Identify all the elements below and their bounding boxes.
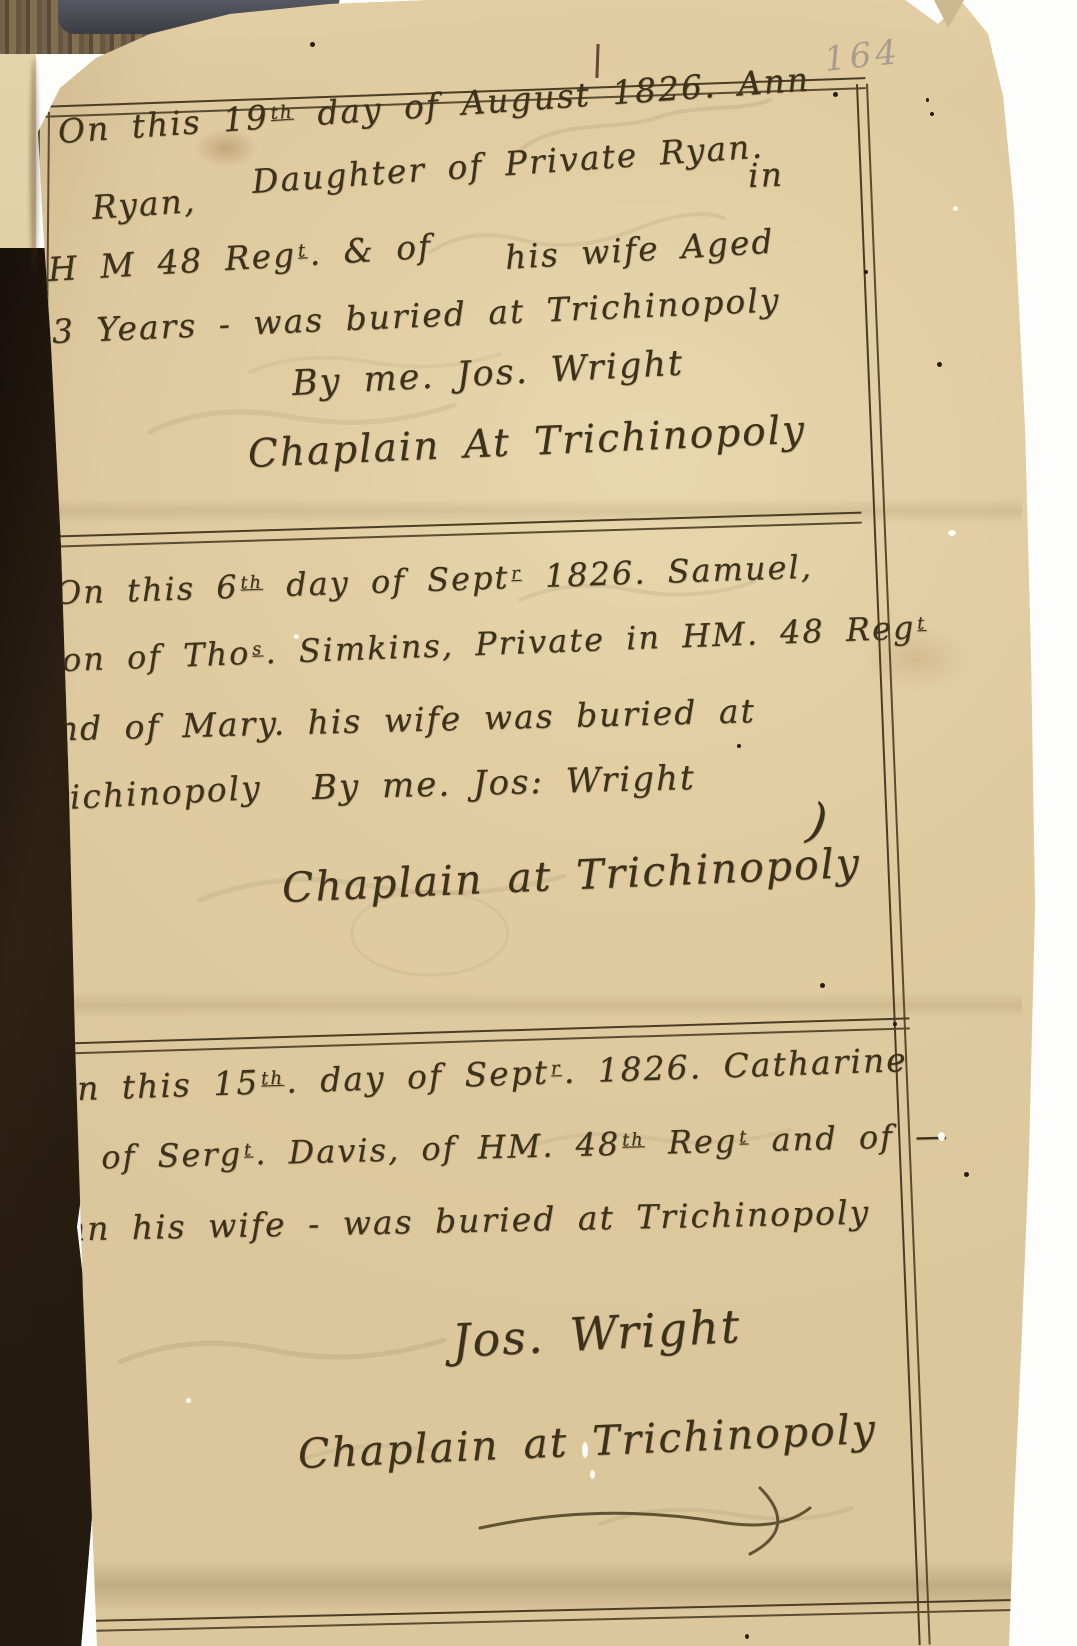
- handwriting-text: of Serg: [80, 1135, 243, 1177]
- ink-speck: [930, 112, 934, 116]
- entry3-chaplain-line: Chaplain at Trichinopoly: [297, 1405, 878, 1478]
- ink-speck: [864, 270, 868, 274]
- handwriting-text: 3 Years - was buried at Trichinopoly: [51, 280, 781, 351]
- page-crease: [45, 992, 1022, 1018]
- handwriting-text: day of Sept: [264, 558, 510, 605]
- page-number: 164: [822, 32, 903, 80]
- handwriting-text: Reg: [646, 1122, 738, 1162]
- ink-speck: [820, 983, 825, 988]
- handwriting-text: and of Mary. his wife was buried at: [34, 691, 756, 749]
- scanned-register-photo: 164 On this 19th day of August 1826. Ann…: [0, 0, 1077, 1646]
- register-page: 164 On this 19th day of August 1826. Ann…: [0, 0, 1077, 1646]
- entry2-officiant-line: By me. Jos: Wright: [311, 758, 696, 808]
- gutter-shadow: [30, 58, 38, 273]
- superscript-text: th: [270, 101, 294, 124]
- handwriting-text: On this 15: [47, 1063, 260, 1109]
- entry1-line3-right: his wife Aged: [504, 222, 776, 277]
- entry2-chaplain-line: Chaplain at Trichinopoly: [281, 839, 862, 912]
- ink-speck: [833, 92, 838, 97]
- handwriting-text: Ann his wife - was buried at Trichinopol…: [38, 1193, 871, 1249]
- paper-fleck: [938, 1132, 945, 1141]
- handwriting-text: . 1826. Catharine: [563, 1040, 908, 1091]
- handwriting-text: Ryan,: [91, 181, 198, 227]
- handwriting-text: Chaplain At Trichinopoly: [247, 408, 807, 477]
- handwriting-text: 1826. Samuel,: [523, 548, 813, 596]
- entry3-line2: Dr of Sergt. Davis, of HM. 48th Regt and…: [38, 1116, 950, 1178]
- handwriting-text: . & of: [308, 227, 433, 273]
- entry1-line2-name: Ryan,: [91, 181, 198, 227]
- handwriting-text: By me. Jos: Wright: [311, 758, 696, 808]
- superscript-text: r: [551, 1058, 562, 1079]
- paper-fleck: [294, 634, 299, 639]
- entry1-line3-left: H M 48 Regt. & of: [47, 227, 433, 289]
- ink-speck: [926, 98, 929, 102]
- entry3-line3: Ann his wife - was buried at Trichinopol…: [38, 1193, 871, 1249]
- handwriting-text: Chaplain at Trichinopoly: [281, 839, 862, 912]
- superscript-text: th: [240, 573, 263, 594]
- ink-speck: [893, 1022, 897, 1026]
- entry2-line1: On this 6th day of Septr 1826. Samuel,: [54, 548, 813, 612]
- handwriting-text: Jos. Wright: [451, 1299, 743, 1368]
- superscript-text: r: [511, 564, 522, 584]
- superscript-text: th: [261, 1068, 285, 1090]
- handwriting-text: day of August 1826. Ann: [294, 59, 811, 134]
- ink-speck: [937, 362, 942, 367]
- handwriting-text: Daughter of Private Ryan.: [251, 126, 765, 201]
- handwriting-text: Chaplain at Trichinopoly: [297, 1405, 878, 1478]
- entry1-chaplain-line: Chaplain At Trichinopoly: [247, 408, 807, 477]
- ink-speck: [310, 42, 315, 47]
- handwriting-text: and of —: [750, 1116, 950, 1159]
- paper-fleck: [186, 1398, 191, 1403]
- paper-fleck: [953, 206, 958, 211]
- paper-fleck: [590, 1470, 595, 1479]
- entry1-line2-mid: Daughter of Private Ryan.: [251, 126, 765, 201]
- ink-speck: [737, 744, 741, 748]
- handwriting-text: . Davis, of HM. 48: [255, 1125, 621, 1173]
- superscript-text: t: [244, 1141, 254, 1161]
- superscript-text: t: [917, 614, 927, 634]
- superscript-text: s: [252, 640, 264, 660]
- superscript-text: th: [622, 1130, 645, 1151]
- ink-speck: [745, 1634, 749, 1639]
- entry2-line2: Son of Thos. Simkins, Private in HM. 48 …: [37, 608, 929, 680]
- ink-speck: [964, 1172, 969, 1177]
- paper-fleck: [948, 530, 956, 536]
- handwriting-text: H M 48 Reg: [47, 235, 297, 289]
- handwriting-text: . day of Sept: [285, 1053, 549, 1101]
- handwriting-text: in: [747, 155, 784, 195]
- entry1-line2-end: in: [747, 155, 784, 195]
- paper-fleck: [582, 1442, 588, 1458]
- handwriting-text: On this 6: [54, 568, 239, 612]
- superscript-text: t: [297, 240, 308, 262]
- entry3-signature: Jos. Wright: [451, 1299, 743, 1368]
- handwriting-text: By me. Jos. Wright: [291, 343, 685, 403]
- entry1-officiant-line: By me. Jos. Wright: [291, 343, 685, 403]
- handwriting-text: Son of Tho: [37, 634, 251, 680]
- entry1-line4: 3 Years - was buried at Trichinopoly: [51, 280, 781, 351]
- handwriting-text: his wife Aged: [504, 222, 776, 277]
- entry2-line3: and of Mary. his wife was buried at: [34, 691, 756, 749]
- superscript-text: t: [739, 1128, 749, 1148]
- red-ink-tick: [595, 44, 599, 78]
- handwriting-text: . Simkins, Private in HM. 48 Reg: [265, 608, 916, 671]
